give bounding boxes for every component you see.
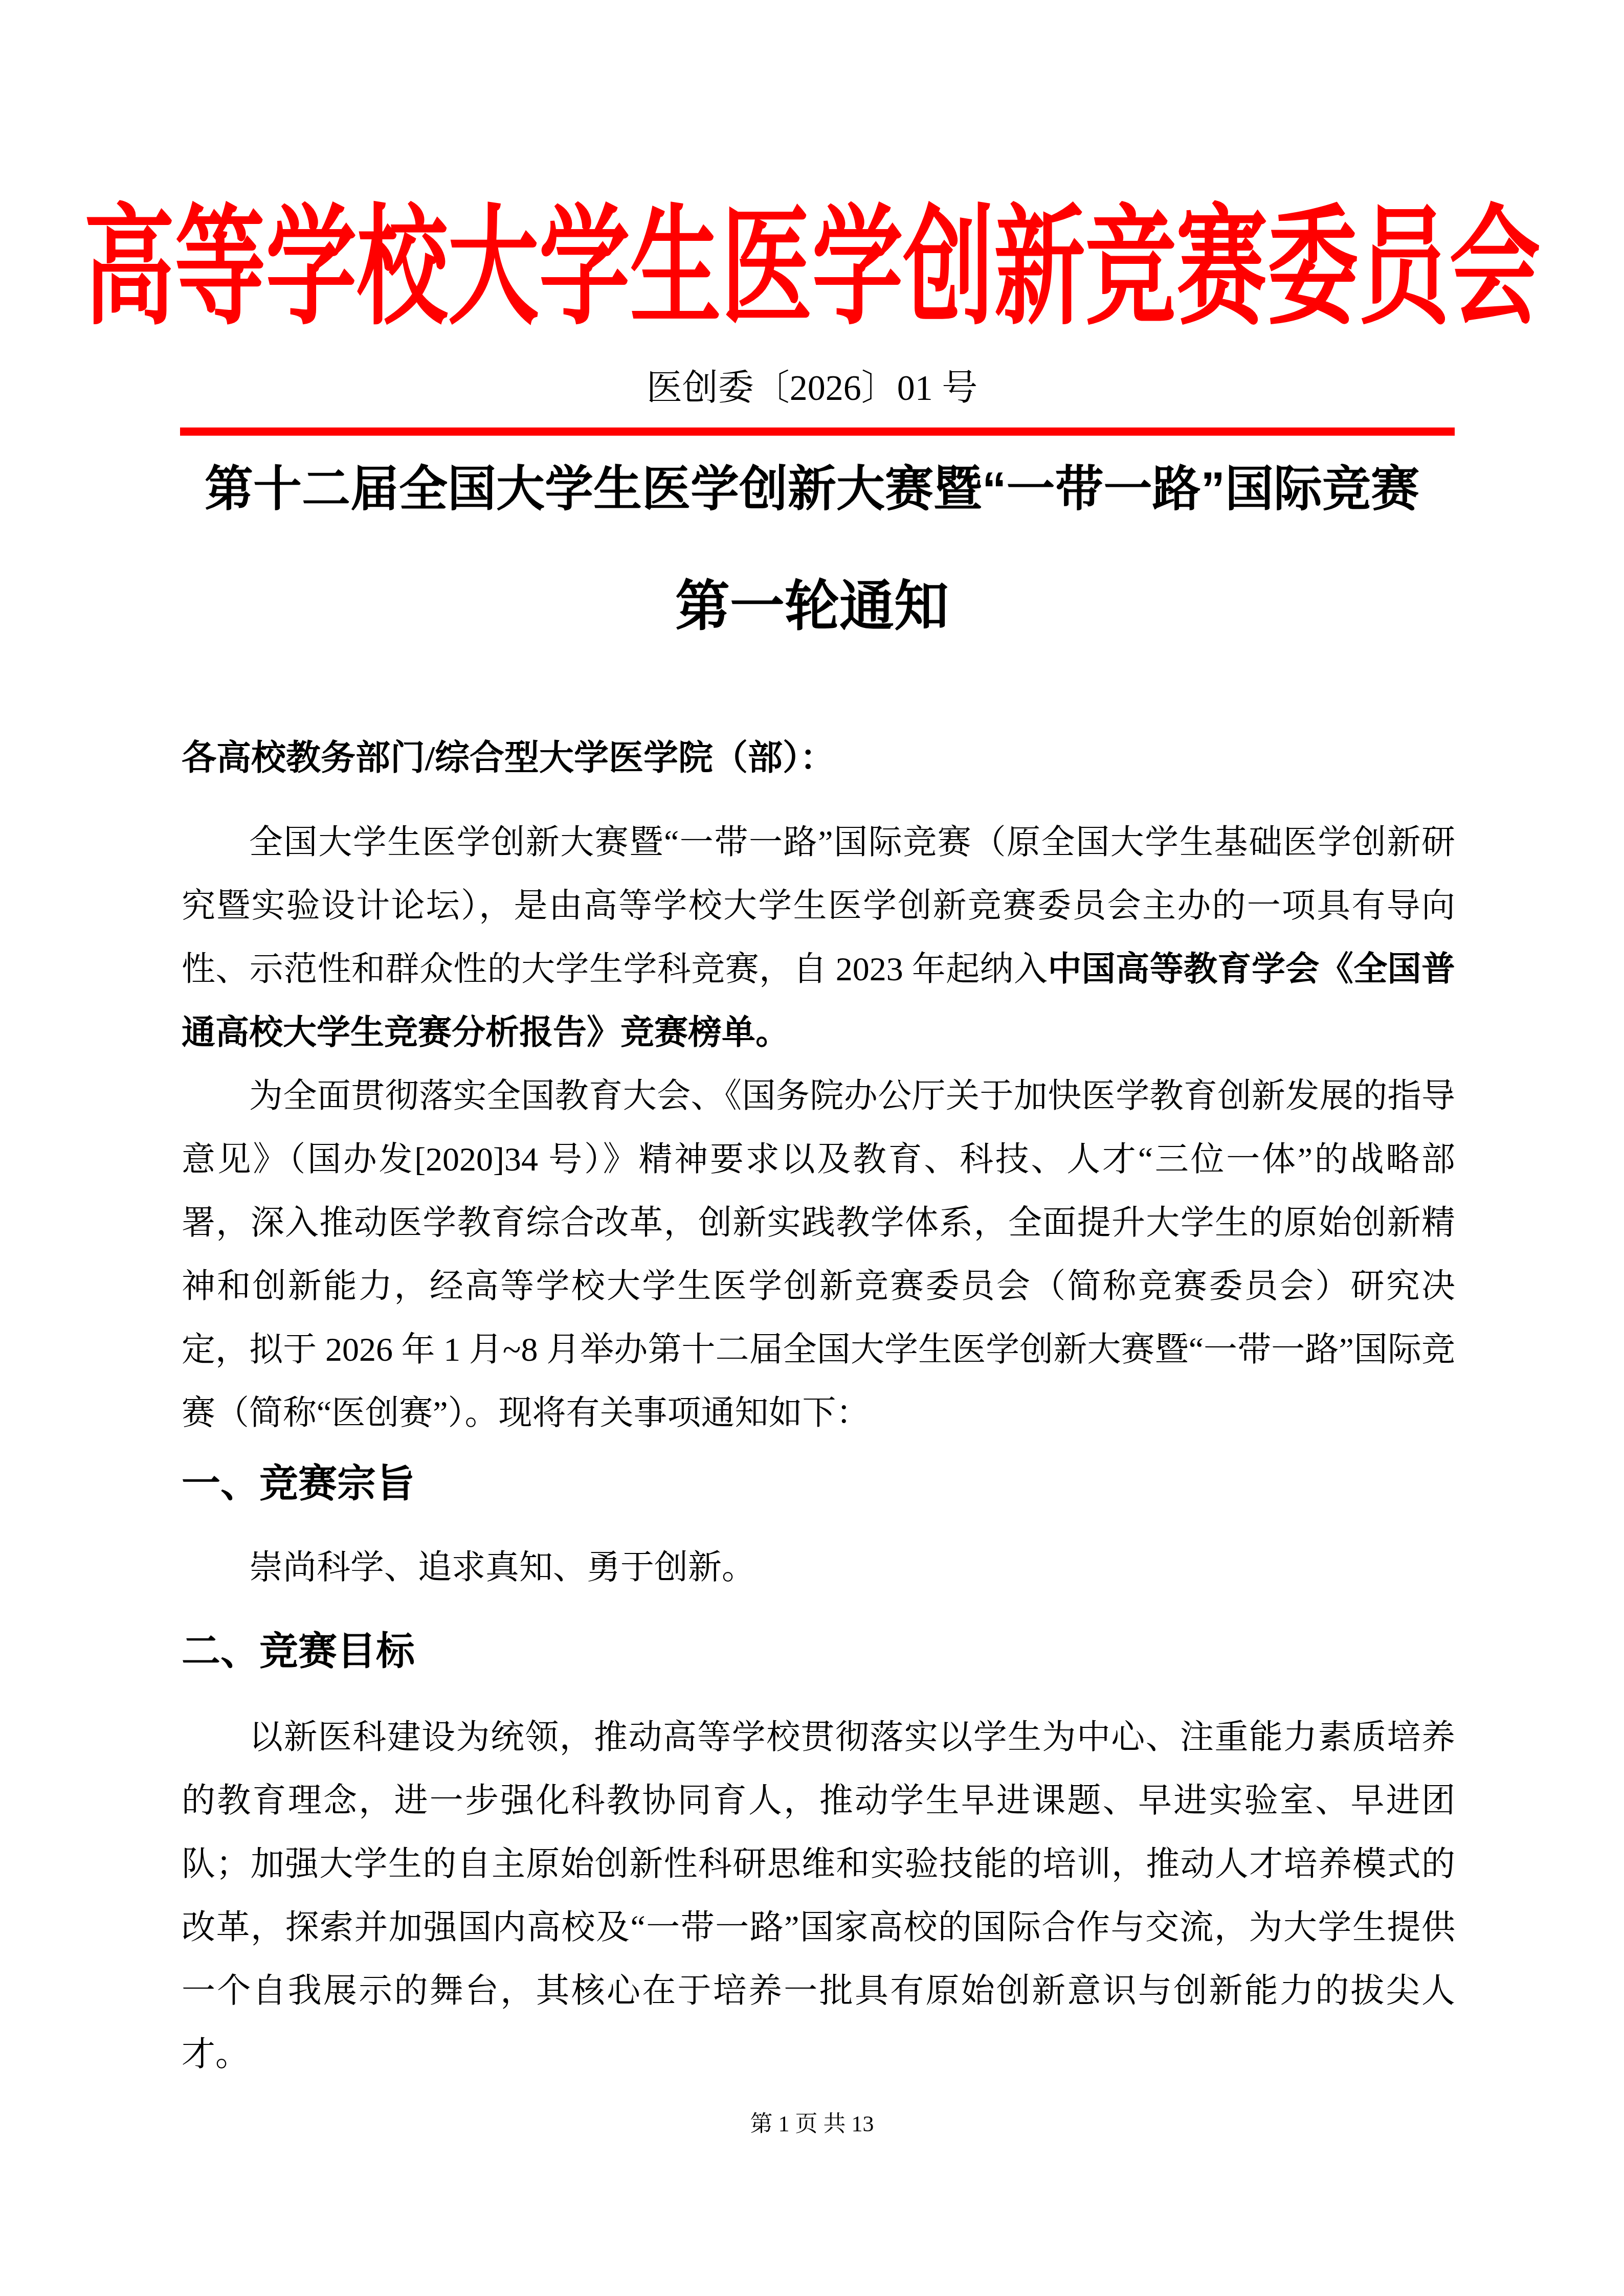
intro-paragraphs: 全国大学生医学创新大赛暨“一带一路”国际竞赛（原全国大学生基础医学创新研究暨实验… — [182, 811, 1455, 1445]
page-number-footer: 第 1 页 共 13 — [0, 2111, 1624, 2138]
red-divider-line — [180, 427, 1455, 436]
section-purpose-body: 崇尚科学、追求真知、勇于创新。 — [182, 1536, 1455, 1600]
goal-text: 以新医科建设为统领，推动高等学校贯彻落实以学生为中心、注重能力素质培养的教育理念… — [182, 1706, 1455, 2086]
notice-title-line2: 第一轮通知 — [0, 575, 1624, 638]
document-number: 医创委〔2026〕01 号 — [0, 367, 1624, 410]
paragraph-overview: 全国大学生医学创新大赛暨“一带一路”国际竞赛（原全国大学生基础医学创新研究暨实验… — [182, 811, 1455, 1065]
notice-title-line1: 第十二届全国大学生医学创新大赛暨“一带一路”国际竞赛 — [0, 462, 1624, 517]
masthead-title: 高等学校大学生医学创新竞赛委员会 — [0, 204, 1624, 333]
salutation-line: 各高校教务部门/综合型大学医学院（部）： — [182, 737, 1455, 779]
section-heading-goal: 二、竞赛目标 — [182, 1628, 1455, 1675]
section-heading-purpose: 一、竞赛宗旨 — [182, 1460, 1455, 1507]
purpose-text: 崇尚科学、追求真知、勇于创新。 — [182, 1536, 1455, 1600]
paragraph-background: 为全面贯彻落实全国教育大会、《国务院办公厅关于加快医学教育创新发展的指导意见》（… — [182, 1065, 1455, 1445]
document-page: 高等学校大学生医学创新竞赛委员会 医创委〔2026〕01 号 第十二届全国大学生… — [0, 0, 1624, 2296]
section-goal-body: 以新医科建设为统领，推动高等学校贯彻落实以学生为中心、注重能力素质培养的教育理念… — [182, 1706, 1455, 2086]
